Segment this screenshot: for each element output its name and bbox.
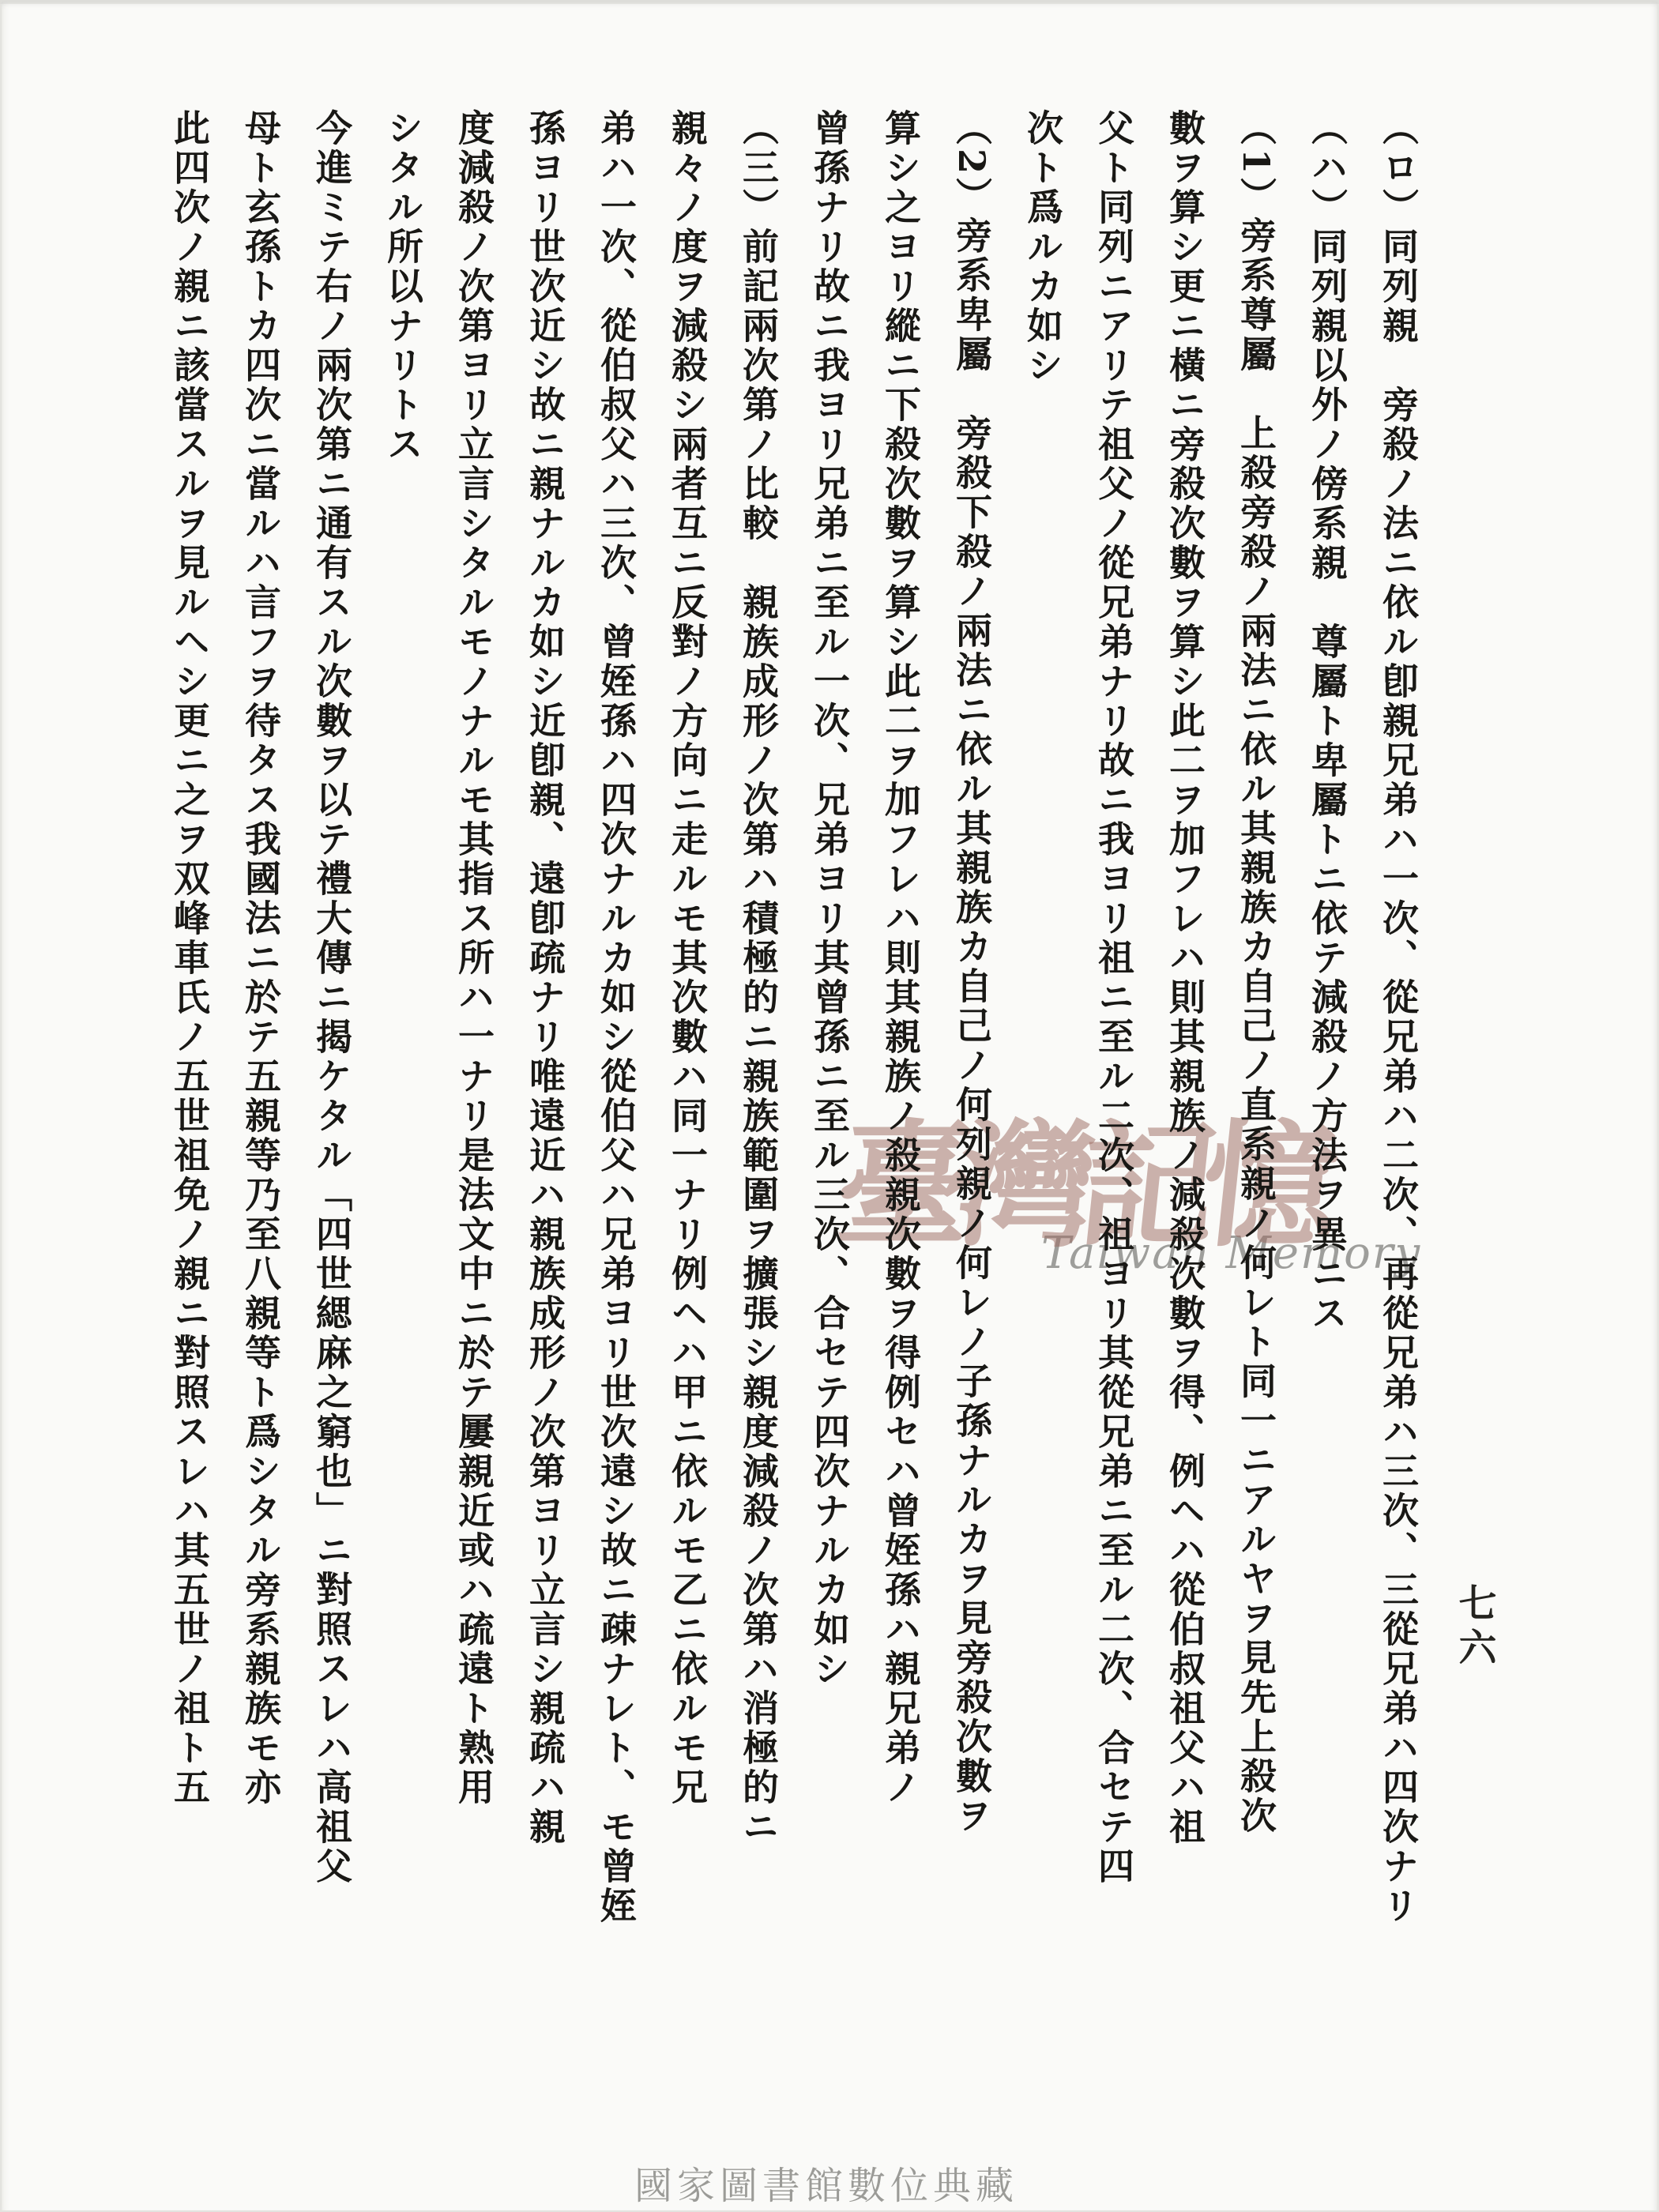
text-column: シタル所以ナリトス bbox=[367, 109, 438, 1973]
text-column: （2）旁系卑屬 旁殺下殺ノ兩法ニ依ル其親族カ自己ノ何列親ノ何レノ子孫ナルカヲ見旁… bbox=[936, 109, 1007, 1973]
text-column: 弟ハ一次、從伯叔父ハ三次、曾姪孫ハ四次ナルカ如シ從伯父ハ兄弟ヨリ世次遠シ故ニ疎ナ… bbox=[581, 109, 652, 1973]
text-column: 母ト玄孫トカ四次ニ當ルハ言フヲ待タス我國法ニ於テ五親等乃至八親等ト爲シタル旁系親… bbox=[225, 109, 296, 1973]
text-column: 此四次ノ親ニ該當スルヲ見ルヘシ更ニ之ヲ双峰車氏ノ五世祖免ノ親ニ對照スレハ其五世ノ… bbox=[154, 109, 225, 1973]
scanned-document-page: 臺灣記憶 Taiwan Memory （ロ）同列親 旁殺ノ法ニ依ル卽親兄弟ハ一次… bbox=[0, 0, 1659, 2212]
text-column: 曾孫ナリ故ニ我ヨリ兄弟ニ至ル一次、兄弟ヨリ其曾孫ニ至ル三次、合セテ四次ナルカ如シ bbox=[794, 109, 865, 1973]
text-column: 度減殺ノ次第ヨリ立言シタルモノナルモ其指ス所ハ一ナリ是法文中ニ於テ屢親近或ハ疏遠… bbox=[438, 109, 510, 1973]
text-column: （ハ）同列親以外ノ傍系親 尊屬ト卑屬トニ依テ減殺ノ方法ヲ異ニス bbox=[1292, 109, 1363, 1973]
archive-footer-label: 國家圖書館數位典藏 bbox=[634, 2155, 1018, 2210]
text-column: （1）旁系尊屬 上殺旁殺ノ兩法ニ依ル其親族カ自己ノ直系親ノ何レト同一ニアルヤヲ見… bbox=[1221, 109, 1292, 1973]
text-column: （ロ）同列親 旁殺ノ法ニ依ル卽親兄弟ハ一次、從兄弟ハ二次、再從兄弟ハ三次、三從兄… bbox=[1363, 109, 1434, 1973]
text-column: （三）前記兩次第ノ比較 親族成形ノ次第ハ積極的ニ親族範圍ヲ擴張シ親度減殺ノ次第ハ… bbox=[723, 109, 794, 1973]
text-column: 算シ之ヨリ縱ニ下殺次數ヲ算シ此二ヲ加フレハ則其親族ノ殺親次數ヲ得例セハ曾姪孫ハ親… bbox=[865, 109, 936, 1973]
page-number: 七六 bbox=[1447, 1583, 1502, 1672]
scan-edge bbox=[0, 0, 1659, 4]
text-column: 孫ヨリ世次近シ故ニ親ナルカ如シ近卽親、遠卽疏ナリ唯遠近ハ親族成形ノ次第ヨリ立言シ… bbox=[510, 109, 581, 1973]
text-column: 父ト同列ニアリテ祖父ノ從兄弟ナリ故ニ我ヨリ祖ニ至ル二次、祖ヨリ其從兄弟ニ至ル二次… bbox=[1078, 109, 1149, 1973]
text-column: 親々ノ度ヲ減殺シ兩者互ニ反對ノ方向ニ走ルモ其次數ハ同一ナリ例ヘハ甲ニ依ルモ乙ニ依… bbox=[652, 109, 723, 1973]
text-column: 數ヲ算シ更ニ橫ニ旁殺次數ヲ算シ此二ヲ加フレハ則其親族ノ減殺次數ヲ得、例ヘハ從伯叔… bbox=[1149, 109, 1221, 1973]
text-column: 今進ミテ右ノ兩次第ニ通有スル次數ヲ以テ禮大傳ニ揭ケタル「四世緦麻之窮也」ニ對照ス… bbox=[296, 109, 367, 1973]
vertical-text-block: （ロ）同列親 旁殺ノ法ニ依ル卽親兄弟ハ一次、從兄弟ハ二次、再從兄弟ハ三次、三從兄… bbox=[154, 109, 1434, 1973]
text-column: 次ト爲ルカ如シ bbox=[1007, 109, 1078, 1973]
